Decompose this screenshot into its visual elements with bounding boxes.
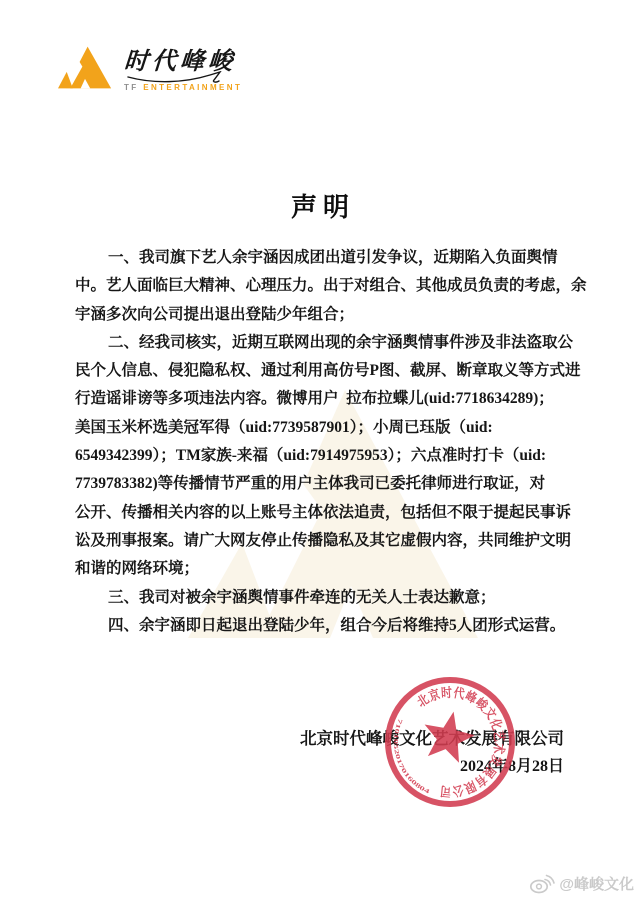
statement-line: 公开、传播相关内容的以上账号主体依法追责，包括但不限于提起民事诉 xyxy=(75,499,575,527)
statement-line: 美国玉米杯选美冠军得（uid:7739587901）；小周已珏版（uid: xyxy=(75,414,575,442)
statement-line: 三、我司对被余宇涵舆情事件牵连的无关人士表达歉意； xyxy=(75,584,575,612)
statement-line: 行造谣诽谤等多项违法内容。微博用户 拉布拉蝶儿(uid:7718634289)； xyxy=(75,385,575,413)
brand-underline-swoosh xyxy=(126,71,226,85)
svg-text:71010520170160804: 71010520170160804 xyxy=(392,717,430,795)
seal-serial-number: 71010520170160804 xyxy=(392,717,430,795)
seal-star-icon xyxy=(425,712,475,763)
statement-line: 中。艺人面临巨大精神、心理压力。出于对组合、其他成员负责的考虑，余 xyxy=(75,272,575,300)
statement-line: 7739783382)等传播情节严重的用户主体我司已委托律师进行取证，对 xyxy=(75,470,575,498)
statement-line: 民个人信息、侵犯隐私权、通过利用高仿号P图、截屏、断章取义等方式进 xyxy=(75,357,575,385)
statement-line: 6549342399）；TM家族-来福（uid:7914975953）；六点准时… xyxy=(75,442,575,470)
company-seal: 北京时代峰峻文化艺术发展有限公司 71010520170160804 xyxy=(380,672,520,812)
statement-title: 声明 xyxy=(0,187,640,224)
statement-body: 一、我司旗下艺人余宇涵因成团出道引发争议，近期陷入负面舆情中。艺人面临巨大精神、… xyxy=(75,244,575,640)
weibo-watermark: @峰峻文化 xyxy=(529,872,634,894)
statement-line: 一、我司旗下艺人余宇涵因成团出道引发争议，近期陷入负面舆情 xyxy=(75,244,575,272)
statement-line: 宇涵多次向公司提出退出登陆少年组合； xyxy=(75,301,575,329)
weibo-icon xyxy=(529,872,555,894)
brand-logo: 时代峰峻 TF ENTERTAINMENT xyxy=(58,43,242,92)
statement-line: 和谐的网络环境； xyxy=(75,555,575,583)
statement-document: 时代峰峻 TF ENTERTAINMENT 声明 一、我司旗下艺人余宇涵因成团出… xyxy=(0,0,640,905)
statement-line: 二、经我司核实，近期互联网出现的余宇涵舆情事件涉及非法盗取公 xyxy=(75,329,575,357)
weibo-handle: @峰峻文化 xyxy=(559,873,634,894)
statement-line: 讼及刑事报案。请广大网友停止传播隐私及其它虚假内容，共同维护文明 xyxy=(75,527,575,555)
mountain-logo-icon xyxy=(58,43,112,92)
statement-line: 四、余宇涵即日起退出登陆少年，组合今后将维持5人团形式运营。 xyxy=(75,612,575,640)
